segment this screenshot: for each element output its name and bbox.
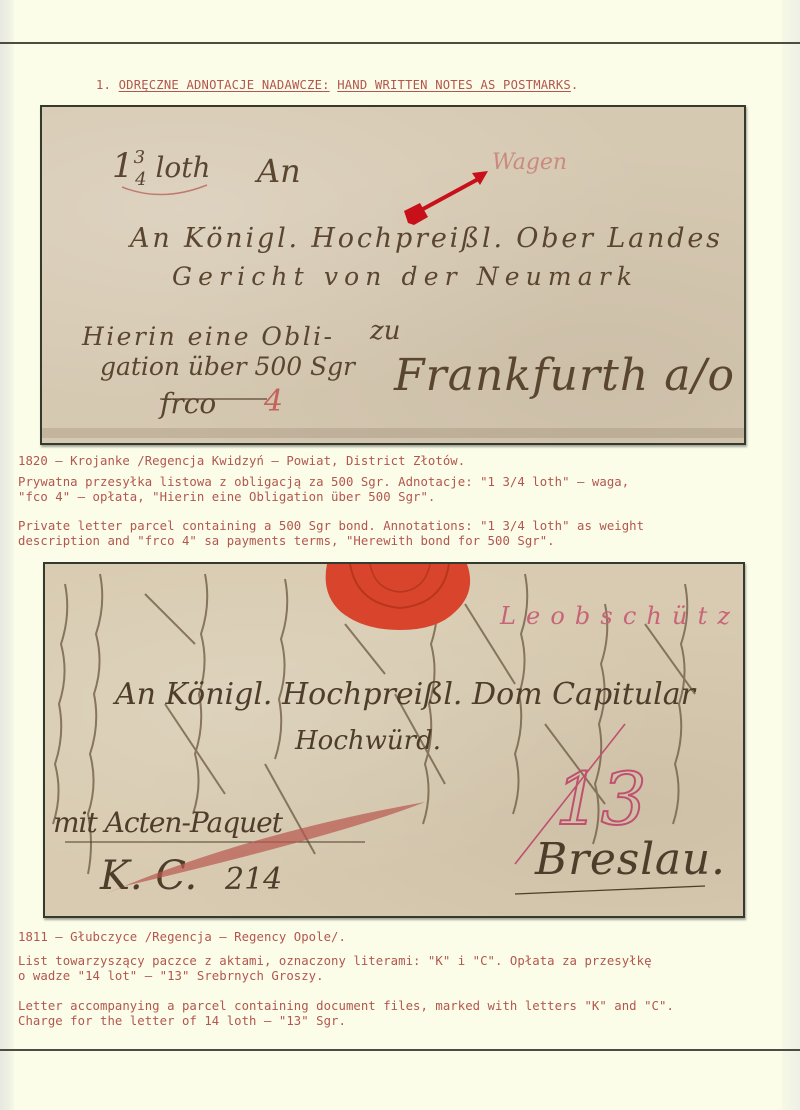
heading-period: .: [571, 78, 579, 92]
top-rule: [0, 42, 800, 44]
heading-number: 1.: [96, 78, 111, 92]
red-arrow-icon: [404, 171, 488, 225]
envelope-1-handwriting: 134 loth An An Königl. Hochpreißl. Ober …: [42, 107, 744, 443]
marks-kc: K. C.: [99, 853, 197, 899]
red-wagen-note: Wagen: [492, 150, 567, 175]
heading-polish: ODRĘCZNE ADNOTACJE NADAWCZE:: [119, 78, 330, 92]
wax-seal-icon: [326, 564, 471, 630]
item1-polish-line-2: "fco 4" – opłata, "Hierin eine Obligatio…: [18, 490, 435, 505]
destination: Frankfurth a/o: [393, 350, 734, 401]
item2-polish-line-2: o wadze "14 lot" – "13" Srebrnych Groszy…: [18, 969, 324, 984]
red-leobschutz-note: Leobschütz: [499, 602, 730, 630]
address-line-1: An Königl. Hochpreißl. Ober Landes: [127, 223, 720, 254]
item1-english-line-1: Private letter parcel containing a 500 S…: [18, 519, 644, 534]
address-line-1: An Königl. Hochpreißl. Dom Capitular: [112, 677, 697, 712]
address-line-2: Gericht von der Neumark: [172, 262, 632, 291]
envelope-1811-glubczyce: An Königl. Hochpreißl. Dom Capitular Hoc…: [43, 562, 745, 918]
franco-amount: 4: [263, 384, 283, 419]
destination-prefix: zu: [369, 316, 400, 346]
address-line-2: Hochwürd.: [294, 726, 441, 756]
charge-13: 13: [555, 757, 647, 841]
bottom-rule: [0, 1049, 800, 1051]
weight-note: 134 loth: [112, 146, 211, 190]
envelope-2-handwriting: An Königl. Hochpreißl. Dom Capitular Hoc…: [45, 564, 743, 916]
item2-polish-line-1: List towarzyszący paczce z aktami, oznac…: [18, 954, 652, 969]
page-heading: 1. ODRĘCZNE ADNOTACJE NADAWCZE: HAND WRI…: [96, 78, 578, 92]
page-left-edge: [0, 0, 14, 1110]
address-an: An: [254, 152, 301, 190]
heading-english: HAND WRITTEN NOTES AS POSTMARKS: [337, 78, 571, 92]
page-right-edge: [782, 0, 800, 1110]
item1-polish-line-1: Prywatna przesyłka listowa z obligacją z…: [18, 475, 629, 490]
item2-english-line-1: Letter accompanying a parcel containing …: [18, 999, 674, 1014]
item-number: 214: [224, 862, 282, 897]
left-note-2: gation über 500 Sgr: [100, 352, 357, 381]
envelope-1820-krojanke: 134 loth An An Königl. Hochpreißl. Ober …: [40, 105, 746, 445]
destination: Breslau.: [534, 834, 725, 885]
parcel-note: mit Acten-Paquet: [53, 806, 284, 839]
item1-english-line-2: description and "frco 4" sa payments ter…: [18, 534, 555, 549]
franco-note: frco: [158, 387, 216, 420]
item1-caption: 1820 – Krojanke /Regencja Kwidzyń – Powi…: [18, 454, 465, 469]
left-note-1: Hierin eine Obli-: [81, 322, 332, 351]
item2-caption: 1811 – Głubczyce /Regencja – Regency Opo…: [18, 930, 346, 945]
item2-english-line-2: Charge for the letter of 14 loth – "13" …: [18, 1014, 346, 1029]
